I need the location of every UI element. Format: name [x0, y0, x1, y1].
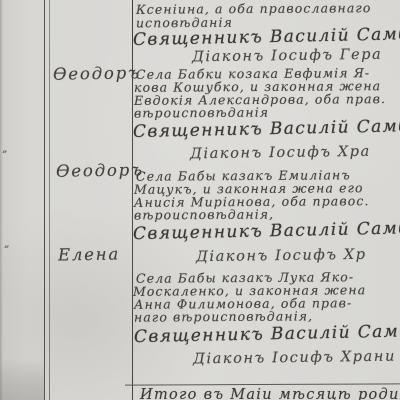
main-column-divider — [132, 0, 133, 400]
left-column-rule-inner — [49, 0, 50, 400]
margin-ditto-mark: ” — [2, 150, 8, 161]
left-column-rule-outer — [44, 0, 45, 400]
entry-name: Өеодоръ — [56, 160, 144, 181]
summary-separator-line — [125, 383, 400, 385]
entry-name: Елена — [58, 244, 120, 264]
entry-name: Өеодоръ — [53, 63, 141, 84]
deacon-signature: Діаконъ Іосифъ Гера — [192, 47, 383, 66]
record-line: вѣроисповѣданія, — [134, 207, 274, 223]
binding-shadow — [0, 358, 44, 400]
deacon-signature: Діаконъ Іосифъ Хр — [196, 247, 367, 265]
record-line: наго вѣроисповѣданія, — [134, 308, 313, 324]
summary-total-line: Итого въ Маіи мѣсяцѣ родилось — [140, 387, 400, 400]
margin-ditto-mark: ” — [4, 245, 10, 256]
record-line: вѣроисповѣданія — [134, 105, 269, 121]
page-edge-shadow — [0, 0, 3, 400]
register-scan-page: ” ” Өеодоръ Өеодоръ Елена Ксеніина, а об… — [0, 0, 400, 400]
deacon-signature: Діаконъ Іосифъ Храни — [193, 349, 396, 368]
priest-signature: Священникъ Василій Самбур — [134, 321, 400, 347]
deacon-signature: Діаконъ Іосифъ Хра — [190, 144, 371, 163]
